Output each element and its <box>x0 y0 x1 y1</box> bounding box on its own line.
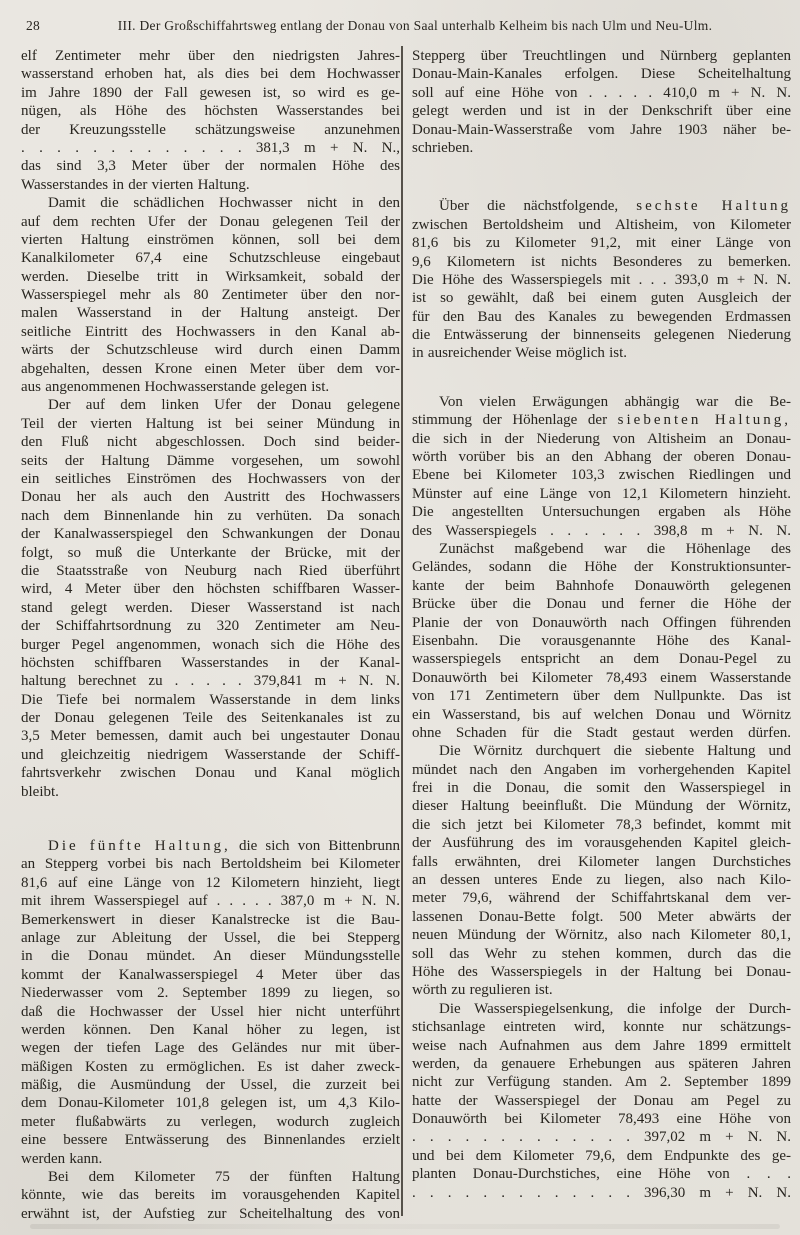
text-line: Münster auf eine Länge von 12,1 Kilomete… <box>412 485 791 503</box>
text-line: Stepperg über Treuchtlingen und Nürnberg… <box>412 47 791 65</box>
text-line: Die fünfte Haltung, die sich von Bittenb… <box>21 837 400 855</box>
text-line: ein Wasserstand, bis auf welchen Donau u… <box>412 706 791 724</box>
page-header: 28 III. Der Großschiffahrtsweg entlang d… <box>0 18 800 40</box>
text-line: höchsten schiffbaren Wasserstandes in de… <box>21 654 400 672</box>
text-line: und bei dem Kilometer 79,6, dem Endpunkt… <box>412 1147 791 1165</box>
text-line: die Staatsstraße von Neuburg nach Ried ü… <box>21 562 400 580</box>
paragraph: Von vielen Erwägungen abhängig war die B… <box>412 393 791 540</box>
text-line: an Stepperg vorbei bis nach Bertoldsheim… <box>21 855 400 873</box>
text-line: wasserspiegels entspricht an dem Donau-P… <box>412 650 791 668</box>
text-line: Donauwörth bei Kilometer 78,493 einem Wa… <box>412 669 791 687</box>
text-line: hatte der Wasserspiegel der Donau am Peg… <box>412 1092 791 1110</box>
letterspaced-emphasis-text: sechste Haltung <box>636 198 791 214</box>
text-line: stimmung der Höhenlage der siebenten Hal… <box>412 411 791 429</box>
text-line: abgehalten, dessen Krone einen Meter übe… <box>21 360 400 378</box>
text-line: werden kann. <box>21 1150 400 1168</box>
text-line: der Kanalwasserspiegel den Schwankungen … <box>21 525 400 543</box>
text-line: werden. Dieselbe tritt in Wirksamkeit, s… <box>21 268 400 286</box>
text-line: mäßig, die Ausmündung der Ussel, die zur… <box>21 1076 400 1094</box>
text-line: planten Donau-Durchstiches, eine Höhe vo… <box>412 1165 791 1183</box>
text-line: der Donau gelegenen Teile des Seitenkana… <box>21 709 400 727</box>
text-line: aus angenommenen Hochwasserstande gelege… <box>21 378 400 396</box>
text-line: der Schiffahrtsordnung zu 320 Zentimeter… <box>21 617 400 635</box>
text-line: nügen, als Höhe des höchsten Wasserstand… <box>21 102 400 120</box>
text-line: Ebene bei Kilometer 103,3 zwischen Riedl… <box>412 466 791 484</box>
text-line: . . . . . . . . . . . . . 397,02 m + N. … <box>412 1128 791 1146</box>
text-line: frei in die Donau, die somit den Wassers… <box>412 779 791 797</box>
text-line: in ausreichender Weise möglich ist. <box>412 344 791 362</box>
paragraph: Der auf dem linken Ufer der Donau gelege… <box>21 396 400 801</box>
text-line: Donau-Main-Kanales erfolgen. Diese Schei… <box>412 65 791 83</box>
text-line: ein seitliches Einströmen des Hochwasser… <box>21 470 400 488</box>
text-segment: stimmung der Höhenlage der <box>412 412 618 428</box>
text-line: dieser Haltung beeinflußt. Die Mündung d… <box>412 797 791 815</box>
text-line: Die Wasserspiegelsenkung, die infolge de… <box>412 1000 791 1018</box>
text-line: Bemerkenswert in dieser Kanalstrecke ist… <box>21 911 400 929</box>
text-line: seits der Haltung Dämme vorgesehen, um s… <box>21 452 400 470</box>
text-line: Geländes, sodann die Höhe der Konstrukti… <box>412 558 791 576</box>
text-line: 9,6 Kilometern ist nichts Besonderes zu … <box>412 253 791 271</box>
text-line: wörth zu regulieren ist. <box>412 981 791 999</box>
text-line: 81,6 bis zu Kilometer 91,2, mit einer Lä… <box>412 234 791 252</box>
running-head-title: III. Der Großschiffahrtsweg entlang der … <box>70 18 760 34</box>
text-line: im Jahre 1890 der Fall gewesen ist, so w… <box>21 84 400 102</box>
paragraph: Die fünfte Haltung, die sich von Bittenb… <box>21 837 400 1168</box>
paragraph: Zunächst maßgebend war die Höhenlage des… <box>412 540 791 742</box>
letterspaced-emphasis-text: siebenten Haltung, <box>618 412 791 428</box>
text-line: könnte, wie das bereits im vorausgehende… <box>21 1186 400 1204</box>
text-line: die sich jetzt bei Kilometer 78,3 befind… <box>412 816 791 834</box>
text-line: Die angestellten Untersuchungen ergaben … <box>412 503 791 521</box>
text-line: Bei dem Kilometer 75 der fünften Haltung <box>21 1168 400 1186</box>
text-segment: Über die nächstfolgende, <box>439 198 636 214</box>
text-line: stichsanlage eintreten wird, konnte nur … <box>412 1018 791 1036</box>
paragraph: Die Wasserspiegelsenkung, die infolge de… <box>412 1000 791 1202</box>
text-line: meter flußabwärts zu verlegen, wodurch z… <box>21 1113 400 1131</box>
text-line: nicht zur Verfügung standen. Am 2. Septe… <box>412 1073 791 1091</box>
text-line: an dessen unteres Ende zu liegen, also n… <box>412 871 791 889</box>
text-line: Die Höhe des Wasserspiegels mit . . . 39… <box>412 271 791 289</box>
text-line: elf Zentimeter mehr über den niedrigsten… <box>21 47 400 65</box>
text-line: lassenen Donau-Bette folgt. 500 Meter ab… <box>412 908 791 926</box>
text-line: die sich in der Niederung von Altisheim … <box>412 430 791 448</box>
scan-smudge <box>30 1224 780 1229</box>
text-line: soll das Wehr zu stehen kommen, durch da… <box>412 945 791 963</box>
text-line: Wasserspiegel mehr als 80 Zentimeter übe… <box>21 286 400 304</box>
paragraph: Bei dem Kilometer 75 der fünften Haltung… <box>21 1168 400 1223</box>
paragraph: Die Wörnitz durchquert die siebente Halt… <box>412 742 791 999</box>
text-line: neuen Mündung der Wörnitz, also nach Kil… <box>412 926 791 944</box>
text-line: zwischen Bertoldsheim und Altisheim, von… <box>412 216 791 234</box>
text-line: Niederwasser vom 2. September 1899 zu li… <box>21 984 400 1002</box>
text-line: fahrtsverkehr zwischen Donau und Kanal m… <box>21 764 400 782</box>
text-line: anlage zur Ableitung der Ussel, die bei … <box>21 929 400 947</box>
text-line: Die Wörnitz durchquert die siebente Halt… <box>412 742 791 760</box>
text-line: werden, da genauere Erhebungen aus späte… <box>412 1055 791 1073</box>
text-line: kommt der Kanalwasserspiegel 4 Meter übe… <box>21 966 400 984</box>
paragraph: elf Zentimeter mehr über den niedrigsten… <box>21 47 400 194</box>
text-line: wasserstand erhoben hat, als dies bei de… <box>21 65 400 83</box>
text-column-right: Stepperg über Treuchtlingen und Nürnberg… <box>412 47 791 1202</box>
text-line: weise nach Aufnahmen aus dem Jahre 1899 … <box>412 1037 791 1055</box>
text-line: vierten Haltung einströmen können, soll … <box>21 231 400 249</box>
text-line: wegen der tiefen Lage des Geländes nur m… <box>21 1039 400 1057</box>
paragraph: Stepperg über Treuchtlingen und Nürnberg… <box>412 47 791 157</box>
text-line: gelegt werden und ist in der Denkschrift… <box>412 102 791 120</box>
text-line: mündet nach den Angaben im vorhergehende… <box>412 761 791 779</box>
text-line: Wasserstandes in der vierten Haltung. <box>21 176 400 194</box>
text-line: bleibt. <box>21 783 400 801</box>
text-line: Von vielen Erwägungen abhängig war die B… <box>412 393 791 411</box>
text-line: ist so gewählt, daß bei einem guten Ausg… <box>412 289 791 307</box>
page-number: 28 <box>26 18 40 34</box>
text-line: meter 79,6, während der Schiffahrtskanal… <box>412 889 791 907</box>
text-line: wird, 4 Meter über den höchsten schiffba… <box>21 580 400 598</box>
text-line: nach dem Binnenlande hin zu verhüten. Da… <box>21 507 400 525</box>
text-line: Der auf dem linken Ufer der Donau gelege… <box>21 396 400 414</box>
text-line: das sind 3,3 Meter über der normalen Höh… <box>21 157 400 175</box>
text-line: folgt, so muß die Unterkante der Brücke,… <box>21 544 400 562</box>
text-line: Donau-Main-Wasserstraße vom Jahre 1903 n… <box>412 121 791 139</box>
text-line: werden können. Den Kanal höher zu legen,… <box>21 1021 400 1039</box>
text-line: Zunächst maßgebend war die Höhenlage des <box>412 540 791 558</box>
text-line: wörth vorüber bis an den Abhang der ober… <box>412 448 791 466</box>
text-line: Höhe des Wasserspiegels in der Haltung b… <box>412 963 791 981</box>
text-line: mäßigen Kosten zu ermöglichen. Es ist da… <box>21 1058 400 1076</box>
text-line: . . . . . . . . . . . . . 396,30 m + N. … <box>412 1184 791 1202</box>
text-line: und gleichzeitig niedrigem Wasserstande … <box>21 746 400 764</box>
column-divider-rule <box>401 46 403 1216</box>
text-line: dem Donau-Kilometer 101,8 gelegen ist, u… <box>21 1094 400 1112</box>
text-line: des Wasserspiegels . . . . . . 398,8 m +… <box>412 522 791 540</box>
text-line: haltung berechnet zu . . . . . 379,841 m… <box>21 672 400 690</box>
text-line: ohne Schaden für die Stadt gestaut werde… <box>412 724 791 742</box>
text-line: Teil der vierten Haltung ist bei seiner … <box>21 415 400 433</box>
text-line: eine bessere Entwässerung des Binnenland… <box>21 1131 400 1149</box>
text-line: kante der beim Bahnhofe Donauwörth geleg… <box>412 577 791 595</box>
text-line: der Kreuzungsstelle schätzungsweise anzu… <box>21 121 400 139</box>
paragraph: Über die nächstfolgende, sechste Haltung… <box>412 197 791 363</box>
text-line: . . . . . . . . . . . . . 381,3 m + N. N… <box>21 139 400 157</box>
text-line: Planie der von Donauwörth nach Offingen … <box>412 614 791 632</box>
text-line: wärts der Schutzschleuse wird durch eine… <box>21 341 400 359</box>
text-line: Damit die schädlichen Hochwasser nicht i… <box>21 194 400 212</box>
text-line: Donauwörth bei Kilometer 78,493 eine Höh… <box>412 1110 791 1128</box>
text-line: Über die nächstfolgende, sechste Haltung <box>412 197 791 215</box>
text-line: auf dem rechten Ufer der Donau gelegenen… <box>21 213 400 231</box>
letterspaced-emphasis-text: Die fünfte Haltung, <box>48 838 231 854</box>
text-line: der Ausführung des im vorausgehenden Kap… <box>412 834 791 852</box>
text-line: in die Donau mündet. An dieser Mündungss… <box>21 947 400 965</box>
text-line: malen Wasserstand in der Haltung ansteig… <box>21 304 400 322</box>
text-line: seitliche Eintritt des Hochwassers in de… <box>21 323 400 341</box>
text-column-left: elf Zentimeter mehr über den niedrigsten… <box>21 47 400 1223</box>
text-segment: die sich von Bittenbrunn <box>231 838 400 854</box>
text-line: von 171 Zentimetern über dem Nullpunkte.… <box>412 687 791 705</box>
text-line: den Fluß nicht abgeschlossen. Doch sind … <box>21 433 400 451</box>
text-line: Eisenbahn. Die vorausgenannte Höhe des K… <box>412 632 791 650</box>
text-line: 81,6 auf eine Länge von 12 Kilometern hi… <box>21 874 400 892</box>
text-line: für den Bau des Kanales zu bewegenden Er… <box>412 308 791 326</box>
text-line: daß die Hochwasser der Ussel hier nicht … <box>21 1003 400 1021</box>
text-line: Die Tiefe bei normalem Wasserstande in d… <box>21 691 400 709</box>
paragraph: Damit die schädlichen Hochwasser nicht i… <box>21 194 400 396</box>
text-line: burger Pegel angenommen, wonach sich die… <box>21 636 400 654</box>
text-line: Brücke über die Donau und ferner die Höh… <box>412 595 791 613</box>
text-line: falls erwähnten, drei Kilometer langen D… <box>412 853 791 871</box>
text-line: stand gelegt werden. Dieser Wasserstand … <box>21 599 400 617</box>
text-line: Donau her als auch den Austritt des Hoch… <box>21 488 400 506</box>
text-line: Kanalkilometer 67,4 eine Schutzschleuse … <box>21 249 400 267</box>
text-line: schrieben. <box>412 139 791 157</box>
text-line: soll auf eine Höhe von . . . . . 410,0 m… <box>412 84 791 102</box>
text-line: erwähnt ist, der Aufstieg zur Scheitelha… <box>21 1205 400 1223</box>
text-line: 3,5 Meter bemessen, damit auch bei unges… <box>21 727 400 745</box>
scanned-book-page: 28 III. Der Großschiffahrtsweg entlang d… <box>0 0 800 1235</box>
text-line: die Entwässerung der binnenseits gelegen… <box>412 326 791 344</box>
text-line: mit ihrem Wasserspiegel auf . . . . . 38… <box>21 892 400 910</box>
